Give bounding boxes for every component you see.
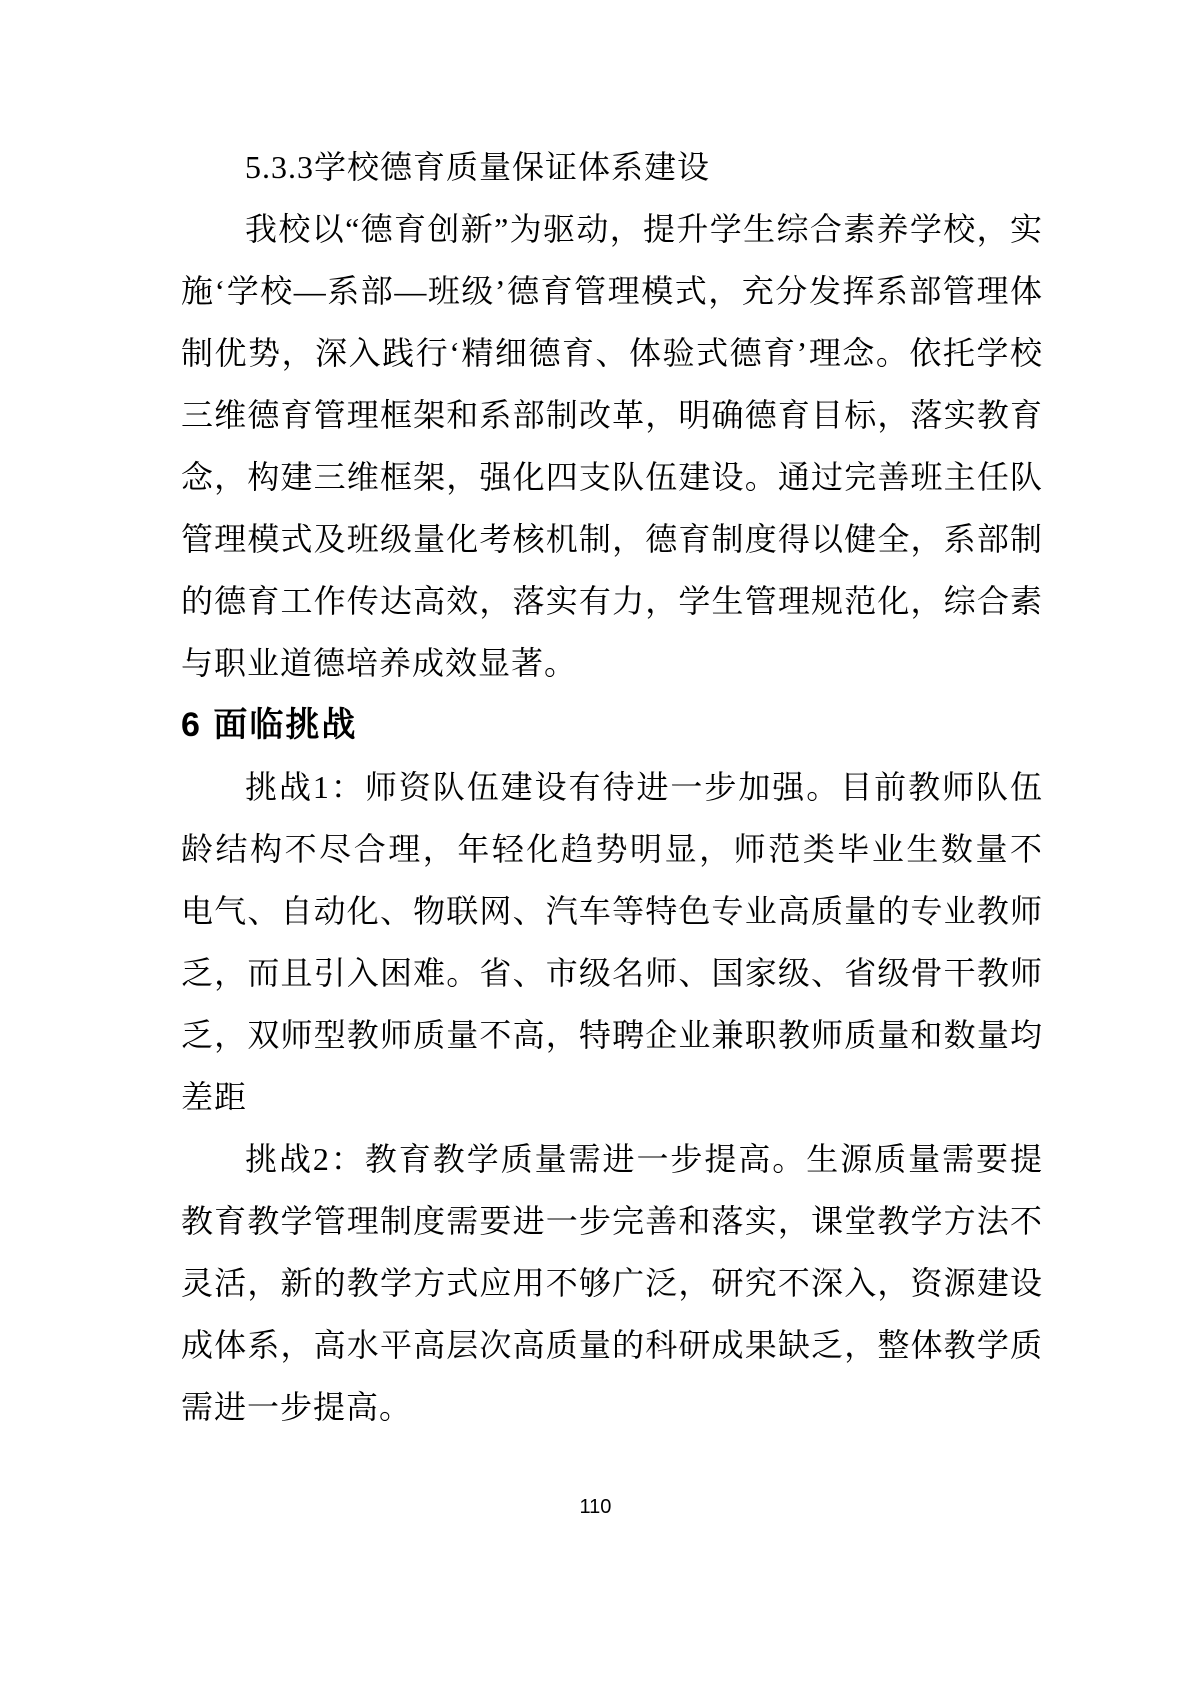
paragraph-challenge-1: 挑战1：师资队伍建设有待进一步加强。目前教师队伍年 龄结构不尽合理，年轻化趋势明… [181,756,1043,1128]
paragraph-challenge-2: 挑战2：教育教学质量需进一步提高。生源质量需要提高， 教育教学管理制度需要进一步… [181,1128,1043,1438]
paragraph-line: 龄结构不尽合理，年轻化趋势明显，师范类毕业生数量不足， [181,818,1043,880]
paragraph-line: 电气、自动化、物联网、汽车等特色专业高质量的专业教师缺 [181,880,1043,942]
paragraph-line: 需进一步提高。 [181,1376,1043,1438]
paragraph-line: 我校以“德育创新”为驱动，提升学生综合素养学校，实 [181,198,1043,260]
paragraph-line: 乏，双师型教师质量不高，特聘企业兼职教师质量和数量均有 [181,1004,1043,1066]
paragraph-line: 挑战2：教育教学质量需进一步提高。生源质量需要提高， [181,1128,1043,1190]
page-content: 5.3.3学校德育质量保证体系建设 我校以“德育创新”为驱动，提升学生综合素养学… [181,136,1043,1438]
paragraph-line: 制优势，深入践行‘精细德育、体验式德育’理念。依托学校 [181,322,1043,384]
paragraph-line: 挑战1：师资队伍建设有待进一步加强。目前教师队伍年 [181,756,1043,818]
paragraph-line: 的德育工作传达高效，落实有力，学生管理规范化，综合素养 [181,570,1043,632]
paragraph-line: 三维德育管理框架和系部制改革，明确德育目标，落实教育理 [181,384,1043,446]
paragraph-line: 教育教学管理制度需要进一步完善和落实，课堂教学方法不够 [181,1190,1043,1252]
page-number: 110 [0,1496,1191,1519]
paragraph-line: 念，构建三维框架，强化四支队伍建设。通过完善班主任队伍 [181,446,1043,508]
section-heading: 5.3.3学校德育质量保证体系建设 [181,136,1043,198]
paragraph-moral-education: 我校以“德育创新”为驱动，提升学生综合素养学校，实 施‘学校—系部—班级’德育管… [181,198,1043,694]
paragraph-line: 成体系，高水平高层次高质量的科研成果缺乏，整体教学质量 [181,1314,1043,1376]
paragraph-line: 与职业道德培养成效显著。 [181,632,1043,694]
paragraph-line: 差距 [181,1066,1043,1128]
paragraph-line: 施‘学校—系部—班级’德育管理模式，充分发挥系部管理体 [181,260,1043,322]
paragraph-line: 管理模式及班级量化考核机制，德育制度得以健全，系部制下 [181,508,1043,570]
paragraph-line: 灵活，新的教学方式应用不够广泛，研究不深入，资源建设不 [181,1252,1043,1314]
chapter-heading: 6 面临挑战 [181,694,1043,756]
paragraph-line: 乏，而且引入困难。省、市级名师、国家级、省级骨干教师缺 [181,942,1043,1004]
document-page: 5.3.3学校德育质量保证体系建设 我校以“德育创新”为驱动，提升学生综合素养学… [0,0,1191,1684]
